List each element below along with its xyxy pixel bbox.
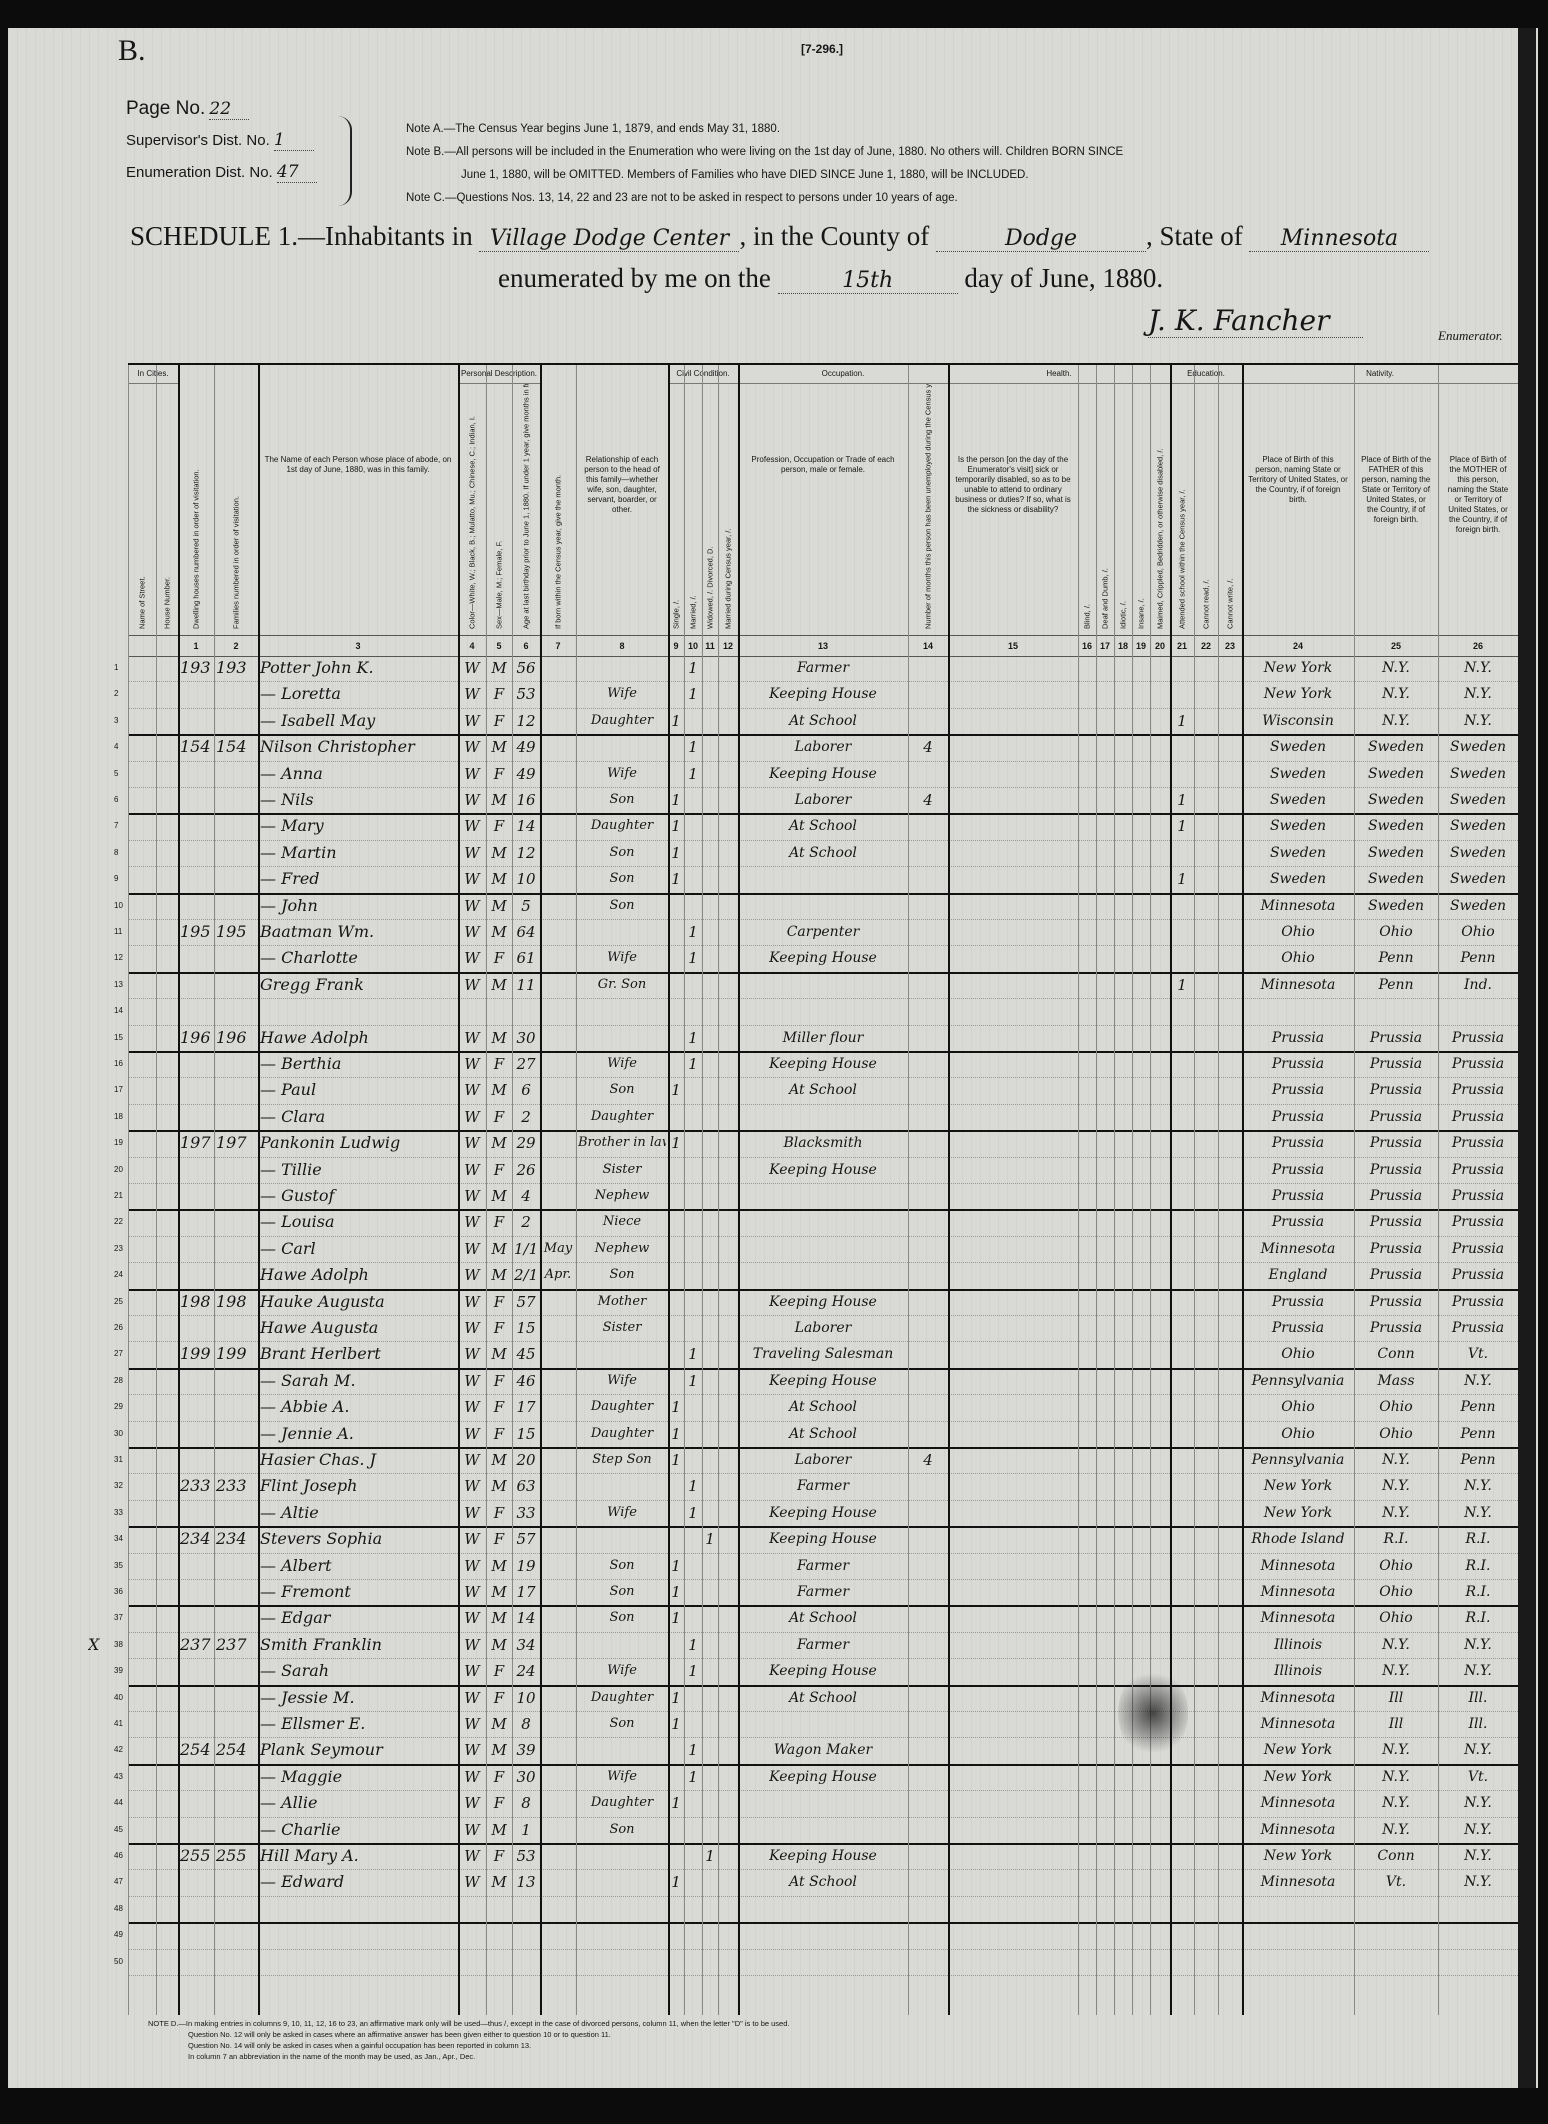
cell-mother: N.Y. <box>1440 1368 1516 1394</box>
cell-relation: Mother <box>578 1289 666 1315</box>
schedule-title: SCHEDULE 1.—Inhabitants in <box>130 221 473 251</box>
cell-father: Ohio <box>1356 1394 1436 1420</box>
table-row: 4343— MaggieWF30Wife1Keeping HouseNew Yo… <box>128 1764 1518 1791</box>
column-number: 12 <box>718 635 738 657</box>
cell-age: 14 <box>514 813 538 839</box>
cell-age: 6 <box>514 1077 538 1103</box>
line-number-left: 9 <box>114 866 118 892</box>
line-number-left: 8 <box>114 840 118 866</box>
cell-family: 196 <box>216 1025 256 1051</box>
cell-age: 49 <box>514 761 538 787</box>
table-row: 2424Hawe AdolphWM2/12Apr.SonEnglandPruss… <box>128 1262 1518 1290</box>
cell-age: 14 <box>514 1605 538 1631</box>
cell-color: W <box>460 1157 484 1183</box>
cell-age: 46 <box>514 1368 538 1394</box>
cell-sex: M <box>488 1553 510 1579</box>
line-number-left: 48 <box>114 1896 123 1922</box>
cell-occupation: Keeping House <box>740 681 906 707</box>
column-number: 16 <box>1078 635 1096 657</box>
cell-occupation: Traveling Salesman <box>740 1341 906 1367</box>
cell-occupation: Farmer <box>740 1553 906 1579</box>
column-number: 4 <box>458 635 486 657</box>
column-rule <box>1132 365 1133 2015</box>
cell-father: Conn <box>1356 1341 1436 1367</box>
cell-color: W <box>460 734 484 760</box>
cell-name: Hasier Chas. J <box>260 1447 456 1473</box>
line-number-left: 49 <box>114 1922 123 1948</box>
line-number-left: 13 <box>114 972 123 998</box>
cell-name: — Altie <box>260 1500 456 1526</box>
cell-age: 27 <box>514 1051 538 1077</box>
cell-family: 197 <box>216 1130 256 1156</box>
column-header-label: Dwelling houses numbered in order of vis… <box>192 469 201 629</box>
cell-mother: N.Y. <box>1440 1869 1516 1895</box>
cell-color: W <box>460 1183 484 1209</box>
line-number-left: 20 <box>114 1157 123 1183</box>
cell-relation: Son <box>578 1817 666 1843</box>
column-number: 9 <box>668 635 684 657</box>
state-label: , State of <box>1146 221 1243 251</box>
table-row: 1818— ClaraWF2DaughterPrussiaPrussiaPrus… <box>128 1104 1518 1132</box>
cell-age: 39 <box>514 1737 538 1763</box>
day-value: 15th <box>778 268 958 294</box>
column-number: 17 <box>1096 635 1114 657</box>
cell-relation: Wife <box>578 1764 666 1790</box>
cell-color: W <box>460 866 484 892</box>
line-number-left: 10 <box>114 893 123 919</box>
cell-birth: Minnesota <box>1244 1605 1352 1631</box>
column-number: 1 <box>178 635 214 657</box>
cell-father: Ohio <box>1356 1421 1436 1447</box>
column-rule <box>178 365 180 2015</box>
cell-color: W <box>460 1051 484 1077</box>
line-number-left: 45 <box>114 1817 123 1843</box>
column-rule <box>576 365 577 2015</box>
cell-relation: Son <box>578 840 666 866</box>
line-number-left: 16 <box>114 1051 123 1077</box>
cell-father: Prussia <box>1356 1289 1436 1315</box>
cell-family: 198 <box>216 1289 256 1315</box>
cell-name: — Sarah <box>260 1658 456 1684</box>
cell-mother: Sweden <box>1440 787 1516 813</box>
cell-sex: F <box>488 1658 510 1684</box>
cell-mother: R.I. <box>1440 1605 1516 1631</box>
column-number: 10 <box>684 635 702 657</box>
cell-sex: F <box>488 1685 510 1711</box>
cell-age: 29 <box>514 1130 538 1156</box>
note-b-cont: June 1, 1880, will be OMITTED. Members o… <box>406 164 1123 187</box>
cell-mother: Prussia <box>1440 1262 1516 1288</box>
cell-relation: Wife <box>578 1368 666 1394</box>
table-row: 2727199199Brant HerlbertWM451Traveling S… <box>128 1341 1518 1369</box>
cell-dwelling: 197 <box>180 1130 212 1156</box>
table-row: 4242254254Plank SeymourWM391Wagon MakerN… <box>128 1737 1518 1765</box>
cell-birth: Prussia <box>1244 1025 1352 1051</box>
cell-married: 1 <box>686 1025 700 1051</box>
column-number: 13 <box>738 635 908 657</box>
table-row: 1111195195Baatman Wm.WM641CarpenterOhioO… <box>128 919 1518 946</box>
cell-sex: F <box>488 1315 510 1341</box>
cell-single: 1 <box>670 787 682 813</box>
cell-family: 154 <box>216 734 256 760</box>
cell-birth: Minnesota <box>1244 1685 1352 1711</box>
cell-sex: M <box>488 655 510 681</box>
page-no-label: Page No. <box>126 98 205 119</box>
column-header-label: Profession, Occupation or Trade of each … <box>744 455 902 475</box>
column-rule <box>702 365 703 2015</box>
cell-school: 1 <box>1172 866 1192 892</box>
cell-name: — Albert <box>260 1553 456 1579</box>
cell-father: Prussia <box>1356 1315 1436 1341</box>
column-rule <box>1242 365 1244 2015</box>
cell-occupation: Wagon Maker <box>740 1737 906 1763</box>
cell-name: — Abbie A. <box>260 1394 456 1420</box>
table-row: 3333— AltieWF33Wife1Keeping HouseNew Yor… <box>128 1500 1518 1528</box>
cell-mother: Vt. <box>1440 1764 1516 1790</box>
cell-age: 15 <box>514 1315 538 1341</box>
cell-mother: N.Y. <box>1440 1737 1516 1763</box>
cell-age: 64 <box>514 919 538 945</box>
line-number-left: 50 <box>114 1949 123 1975</box>
table-row: 1919197197Pankonin LudwigWM29Brother in … <box>128 1130 1518 1157</box>
cell-sex: F <box>488 708 510 734</box>
cell-married: 1 <box>686 734 700 760</box>
cell-married: 1 <box>686 1341 700 1367</box>
cell-sex: F <box>488 813 510 839</box>
cell-birth: Pennsylvania <box>1244 1447 1352 1473</box>
cell-single: 1 <box>670 1077 682 1103</box>
cell-sex: F <box>488 1289 510 1315</box>
cell-dwelling: 154 <box>180 734 212 760</box>
cell-occupation: Farmer <box>740 1473 906 1499</box>
cell-color: W <box>460 1737 484 1763</box>
cell-father: Mass <box>1356 1368 1436 1394</box>
cell-father: Ohio <box>1356 919 1436 945</box>
column-header: Number of months this person has been un… <box>908 365 949 635</box>
cell-color: W <box>460 919 484 945</box>
cell-father: Prussia <box>1356 1051 1436 1077</box>
cell-name: — Tillie <box>260 1157 456 1183</box>
column-group-civil: Civil Condition. <box>668 365 739 384</box>
cell-married: 1 <box>686 1658 700 1684</box>
cell-single: 1 <box>670 840 682 866</box>
cell-name: — Charlotte <box>260 945 456 971</box>
table-row: 2121— GustofWM4NephewPrussiaPrussiaPruss… <box>128 1183 1518 1211</box>
line-number-left: 5 <box>114 761 118 787</box>
table-row: 99— FredWM10Son11SwedenSwedenSweden <box>128 866 1518 894</box>
column-number: 26 <box>1438 635 1518 657</box>
cell-relation: Daughter <box>578 1790 666 1816</box>
cell-relation: Gr. Son <box>578 972 666 998</box>
cell-mother: Prussia <box>1440 1025 1516 1051</box>
cell-birth: Rhode Island <box>1244 1526 1352 1552</box>
column-header-label: Age at last birthday prior to June 1, 18… <box>522 365 531 629</box>
column-header-label: Place of Birth of the MOTHER of this per… <box>1444 455 1512 535</box>
cell-occupation: At School <box>740 708 906 734</box>
column-rule <box>214 365 215 2015</box>
line-number-left: 47 <box>114 1869 123 1895</box>
table-row: 2828— Sarah M.WF46Wife1Keeping HousePenn… <box>128 1368 1518 1395</box>
cell-widowed: 1 <box>704 1843 716 1869</box>
cell-relation: Daughter <box>578 1394 666 1420</box>
line-number-left: 19 <box>114 1130 123 1156</box>
cell-occupation: Keeping House <box>740 1289 906 1315</box>
cell-father: N.Y. <box>1356 708 1436 734</box>
cell-birth: Sweden <box>1244 761 1352 787</box>
census-page: B. [7-296.] Page No. 22 Supervisor's Dis… <box>8 28 1538 2088</box>
cell-mother: R.I. <box>1440 1526 1516 1552</box>
cell-name: — Nils <box>260 787 456 813</box>
cell-father: Ohio <box>1356 1553 1436 1579</box>
column-header: Idiotic, /. <box>1114 365 1133 635</box>
column-header: Blind, /. <box>1078 365 1097 635</box>
table-row: 1515196196Hawe AdolphWM301Miller flourPr… <box>128 1025 1518 1053</box>
cell-father: Sweden <box>1356 840 1436 866</box>
cell-birth: Prussia <box>1244 1130 1352 1156</box>
cell-mother: Ill. <box>1440 1685 1516 1711</box>
table-row: 1616— BerthiaWF27Wife1Keeping HousePruss… <box>128 1051 1518 1078</box>
line-number-left: 12 <box>114 945 123 971</box>
cell-married: 1 <box>686 919 700 945</box>
line-number-left: 38 <box>114 1632 123 1658</box>
cell-name: — Jessie M. <box>260 1685 456 1711</box>
line-number-left: 36 <box>114 1579 123 1605</box>
cell-name: — Martin <box>260 840 456 866</box>
column-number: 6 <box>512 635 540 657</box>
cell-occupation: Keeping House <box>740 1051 906 1077</box>
cell-single: 1 <box>670 1579 682 1605</box>
line-number-left: 29 <box>114 1394 123 1420</box>
cell-age: 2/12 <box>514 1262 538 1288</box>
line-number-left: 11 <box>114 919 122 945</box>
column-header-label: Blind, /. <box>1083 604 1092 629</box>
column-header: If born within the Census year, give the… <box>540 365 577 635</box>
cell-color: W <box>460 945 484 971</box>
column-rule <box>948 365 950 2015</box>
cell-father: Ohio <box>1356 1605 1436 1631</box>
cell-father: Prussia <box>1356 1104 1436 1130</box>
cell-birth: Sweden <box>1244 734 1352 760</box>
cell-father: Penn <box>1356 972 1436 998</box>
cell-age: 45 <box>514 1341 538 1367</box>
line-number-left: 3 <box>114 708 118 734</box>
cell-sex: M <box>488 972 510 998</box>
cell-color: W <box>460 1341 484 1367</box>
cell-relation: Brother in law <box>578 1130 666 1156</box>
cell-occupation: Keeping House <box>740 945 906 971</box>
cell-sex: F <box>488 1843 510 1869</box>
table-row: 2323— CarlWM1/12MayNephewMinnesotaPrussi… <box>128 1236 1518 1263</box>
cell-mother: N.Y. <box>1440 1817 1516 1843</box>
cell-color: W <box>460 681 484 707</box>
table-row: 2222— LouisaWF2NiecePrussiaPrussiaPrussi… <box>128 1209 1518 1236</box>
column-header-label: Married, /. <box>689 595 698 629</box>
cell-relation: Step Son <box>578 1447 666 1473</box>
cell-color: W <box>460 1236 484 1262</box>
line-number-left: 40 <box>114 1685 123 1711</box>
table-row: 1212— CharlotteWF61Wife1Keeping HouseOhi… <box>128 945 1518 973</box>
cell-birth: Illinois <box>1244 1658 1352 1684</box>
cell-age: 10 <box>514 1685 538 1711</box>
cell-mother: Prussia <box>1440 1157 1516 1183</box>
cell-occupation: Keeping House <box>740 1843 906 1869</box>
column-number: 21 <box>1170 635 1194 657</box>
cell-name: Hill Mary A. <box>260 1843 456 1869</box>
cell-age: 53 <box>514 1843 538 1869</box>
cell-name: — Loretta <box>260 681 456 707</box>
column-header: Married, /. <box>684 365 703 635</box>
cell-married: 1 <box>686 1368 700 1394</box>
cell-father: Sweden <box>1356 893 1436 919</box>
column-header: Attended school within the Census year, … <box>1170 365 1195 635</box>
cell-birth: Prussia <box>1244 1051 1352 1077</box>
cell-age: 57 <box>514 1289 538 1315</box>
table-row: 4545— CharlieWM1SonMinnesotaN.Y.N.Y. <box>128 1817 1518 1845</box>
enumerator-label: Enumerator. <box>1438 328 1503 344</box>
column-header: The Name of each Person whose place of a… <box>258 365 459 635</box>
cell-birth: England <box>1244 1262 1352 1288</box>
cell-occupation: Laborer <box>740 734 906 760</box>
cell-father: Prussia <box>1356 1157 1436 1183</box>
column-header: Profession, Occupation or Trade of each … <box>738 365 909 635</box>
cell-birth: Prussia <box>1244 1157 1352 1183</box>
cell-relation: Son <box>578 1553 666 1579</box>
cell-color: W <box>460 1632 484 1658</box>
cell-name: Hawe Adolph <box>260 1262 456 1288</box>
cell-father: N.Y. <box>1356 681 1436 707</box>
cell-name: Pankonin Ludwig <box>260 1130 456 1156</box>
cell-birth: Prussia <box>1244 1289 1352 1315</box>
line-number-left: 18 <box>114 1104 123 1130</box>
column-header-label: Sex—Male, M.; Female, F. <box>495 541 504 629</box>
cell-birth: Minnesota <box>1244 972 1352 998</box>
cell-occupation: At School <box>740 1421 906 1447</box>
note-a: Note A.—The Census Year begins June 1, 1… <box>406 118 1123 141</box>
cell-father: Prussia <box>1356 1183 1436 1209</box>
column-number: 19 <box>1132 635 1150 657</box>
footnote-col7: In column 7 an abbreviation in the name … <box>148 2051 789 2062</box>
cell-color: W <box>460 1658 484 1684</box>
table-row: 1717— PaulWM6Son1At SchoolPrussiaPrussia… <box>128 1077 1518 1104</box>
table-row: 5050 <box>128 1949 1518 1976</box>
column-header-label: Deaf and Dumb, /. <box>1101 568 1110 629</box>
cell-age: 63 <box>514 1473 538 1499</box>
cell-occupation: Farmer <box>740 655 906 681</box>
table-row: 4040— Jessie M.WF10Daughter1At SchoolMin… <box>128 1685 1518 1712</box>
county-label: , in the County of <box>739 221 929 251</box>
sheet-letter: B. <box>118 34 146 68</box>
cell-dwelling: 234 <box>180 1526 212 1552</box>
cell-birth: Sweden <box>1244 866 1352 892</box>
cell-name: Gregg Frank <box>260 972 456 998</box>
cell-sex: M <box>488 1025 510 1051</box>
cell-occupation: At School <box>740 813 906 839</box>
cell-name: — Fremont <box>260 1579 456 1605</box>
column-rule <box>718 365 719 2015</box>
cell-dwelling: 237 <box>180 1632 212 1658</box>
cell-relation: Daughter <box>578 1104 666 1130</box>
cell-widowed: 1 <box>704 1526 716 1552</box>
cell-father: Sweden <box>1356 866 1436 892</box>
cell-sex: M <box>488 1605 510 1631</box>
cell-mother: Penn <box>1440 1447 1516 1473</box>
cell-family: 237 <box>216 1632 256 1658</box>
cell-color: W <box>460 1553 484 1579</box>
cell-age: 19 <box>514 1553 538 1579</box>
column-header-label: Place of Birth of the FATHER of this per… <box>1360 455 1432 525</box>
line-number-left: 15 <box>114 1025 123 1051</box>
cell-birth: Ohio <box>1244 1394 1352 1420</box>
cell-birth: Prussia <box>1244 1209 1352 1235</box>
cell-birth: Sweden <box>1244 787 1352 813</box>
cell-school: 1 <box>1172 787 1192 813</box>
table-row: 66— NilsWM16Son1Laborer41SwedenSwedenSwe… <box>128 787 1518 815</box>
cell-sex: M <box>488 1632 510 1658</box>
cell-dwelling: 198 <box>180 1289 212 1315</box>
cell-family: 233 <box>216 1473 256 1499</box>
column-header-label: Is the person [on the day of the Enumera… <box>954 455 1072 515</box>
cell-married: 1 <box>686 1737 700 1763</box>
cell-occupation: Keeping House <box>740 1157 906 1183</box>
cell-mother: Sweden <box>1440 761 1516 787</box>
cell-mother: Prussia <box>1440 1289 1516 1315</box>
cell-name: — Anna <box>260 761 456 787</box>
cell-mother: Vt. <box>1440 1341 1516 1367</box>
cell-birth: Prussia <box>1244 1104 1352 1130</box>
column-header: Place of Birth of this person, naming St… <box>1242 365 1355 635</box>
column-number: 25 <box>1354 635 1438 657</box>
cell-father: R.I. <box>1356 1526 1436 1552</box>
cell-age: 57 <box>514 1526 538 1552</box>
cell-color: W <box>460 1500 484 1526</box>
cell-name: — Louisa <box>260 1209 456 1235</box>
cell-age: 20 <box>514 1447 538 1473</box>
line-number-left: 2 <box>114 681 118 707</box>
cell-occupation: Laborer <box>740 1447 906 1473</box>
cell-age: 30 <box>514 1025 538 1051</box>
column-header: Maimed, Crippled, Bedridden, or otherwis… <box>1150 365 1171 635</box>
cell-father: Sweden <box>1356 813 1436 839</box>
cell-color: W <box>460 840 484 866</box>
cell-occupation: Keeping House <box>740 1368 906 1394</box>
cell-single: 1 <box>670 1447 682 1473</box>
cell-name: Hawe Adolph <box>260 1025 456 1051</box>
column-number: 20 <box>1150 635 1170 657</box>
table-row: 3636— FremontWM17Son1FarmerMinnesotaOhio… <box>128 1579 1518 1607</box>
cell-father: N.Y. <box>1356 1658 1436 1684</box>
place-value: Village Dodge Center <box>479 226 739 252</box>
table-row: 2626Hawe AugustaWF15SisterLaborerPrussia… <box>128 1315 1518 1342</box>
cell-age: 56 <box>514 655 538 681</box>
cell-occupation: At School <box>740 1077 906 1103</box>
cell-color: W <box>460 1421 484 1447</box>
line-number-left: 41 <box>114 1711 123 1737</box>
column-group-health: Health. <box>948 365 1171 384</box>
line-number-left: 44 <box>114 1790 123 1816</box>
cell-age: 12 <box>514 840 538 866</box>
line-number-left: 4 <box>114 734 118 760</box>
cell-name: Smith Franklin <box>260 1632 456 1658</box>
cell-birth: Minnesota <box>1244 1711 1352 1737</box>
cell-birth: New York <box>1244 1473 1352 1499</box>
cell-father: N.Y. <box>1356 1764 1436 1790</box>
table-row: 4848 <box>128 1896 1518 1924</box>
cell-mother: N.Y. <box>1440 1658 1516 1684</box>
line-number-left: 37 <box>114 1605 123 1631</box>
cell-mother: Sweden <box>1440 813 1516 839</box>
cell-month: Apr. <box>542 1262 574 1288</box>
column-rule <box>156 365 157 2015</box>
